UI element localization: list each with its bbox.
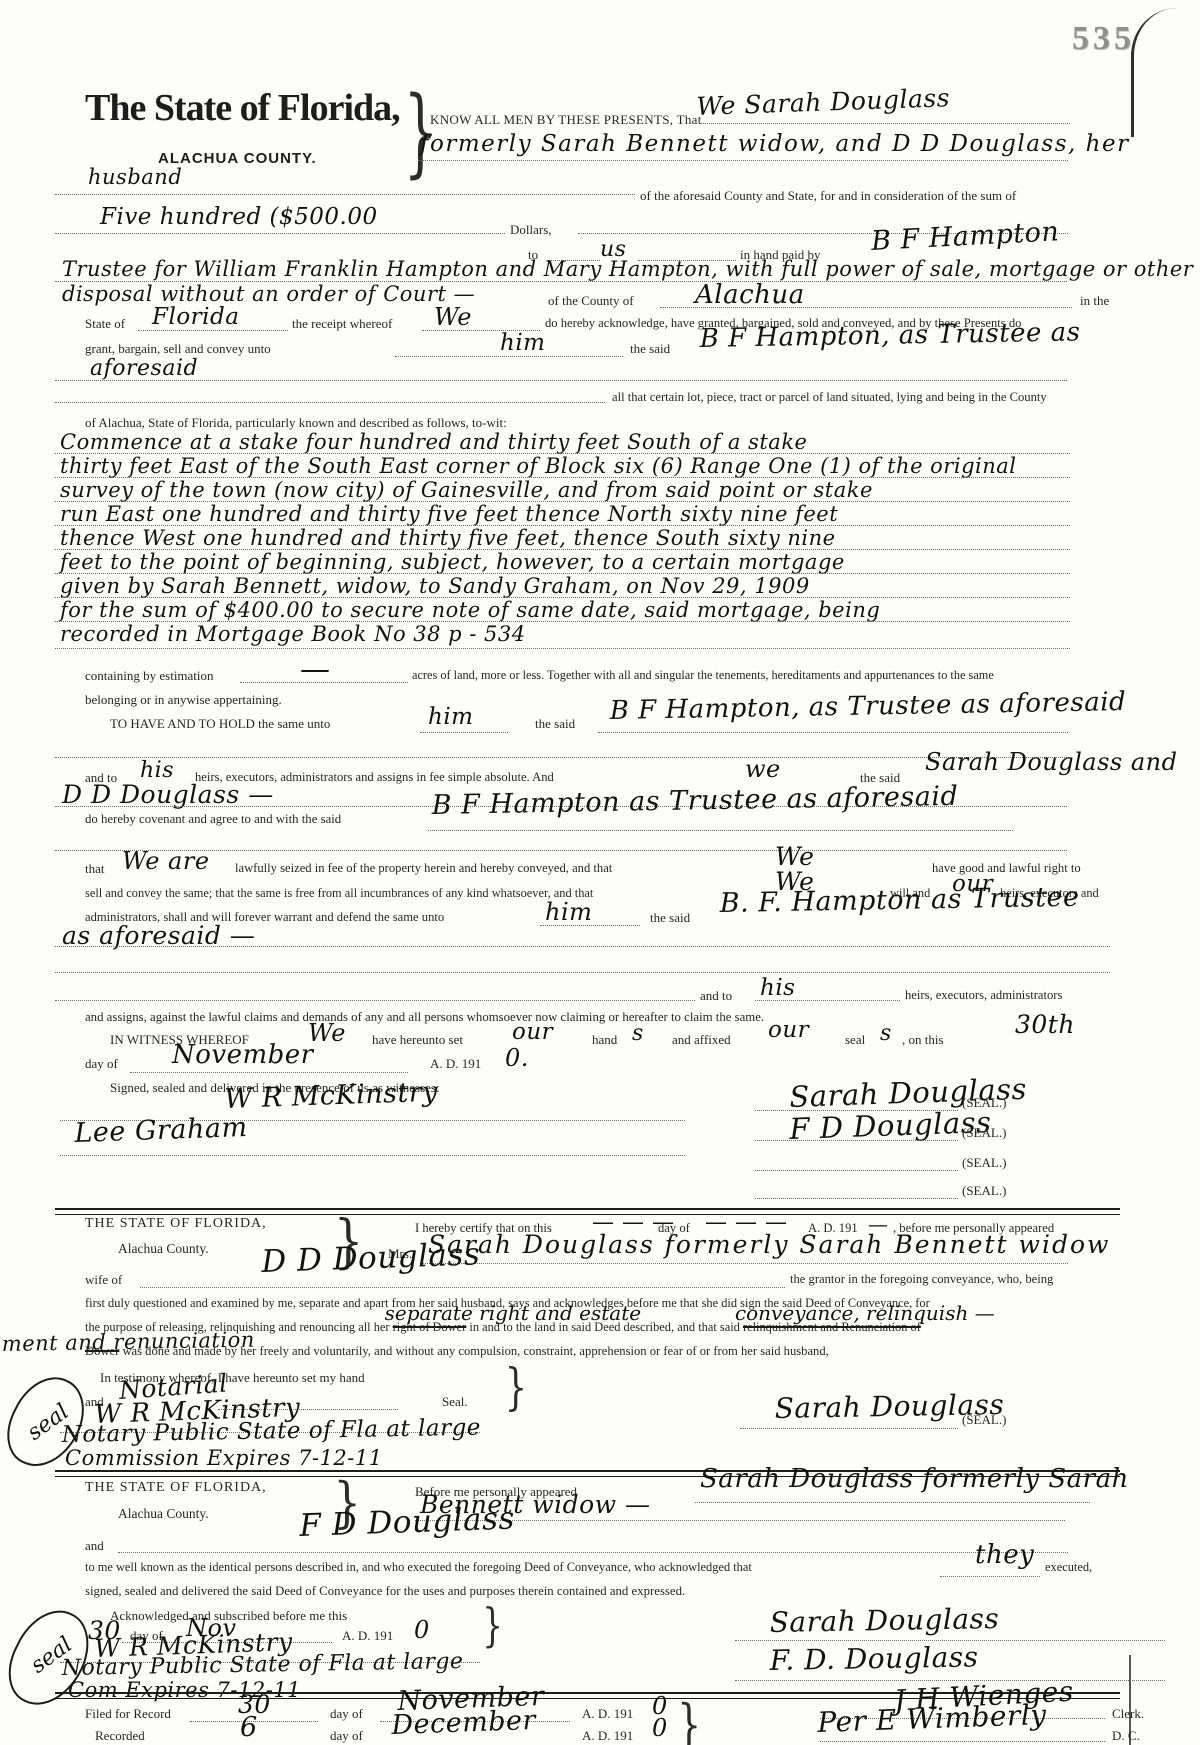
- ack2-and: and: [85, 1538, 104, 1554]
- hw-grantor-names-3: husband: [88, 165, 182, 189]
- page-edge-line-top: [1131, 52, 1134, 137]
- dotted-line: [540, 925, 640, 926]
- hw-his-2: his: [760, 975, 795, 1001]
- seal-label-4: (SEAL.): [962, 1183, 1006, 1199]
- covenant-text: do hereby covenant and agree to and with…: [85, 812, 341, 827]
- description-line: feet to the point of beginning, subject,…: [60, 550, 845, 574]
- dc-label: D. C.: [1112, 1728, 1140, 1744]
- hw-ack2-year: 0: [414, 1616, 430, 1644]
- hw-day-30th: 30th: [1015, 1010, 1075, 1039]
- clerk-label: Clerk.: [1112, 1706, 1144, 1722]
- recorded-day-of: day of: [330, 1728, 363, 1744]
- ack2-ad: A. D. 191: [342, 1628, 393, 1644]
- dotted-line: [395, 356, 623, 357]
- hand-label: hand: [592, 1032, 617, 1048]
- affixed-label: and affixed: [672, 1032, 731, 1048]
- hw-s-1: s: [632, 1021, 644, 1046]
- dotted-line: [130, 1072, 408, 1073]
- dotted-line: [138, 330, 288, 331]
- dollars-label: Dollars,: [510, 222, 552, 238]
- ack2-state: THE STATE OF FLORIDA,: [85, 1480, 267, 1496]
- hw-ack2-name-3: F D Douglass: [299, 1500, 516, 1544]
- hw-our-1: our: [512, 1019, 553, 1045]
- dotted-line: [700, 123, 1070, 124]
- hw-county: Alachua: [695, 280, 805, 310]
- hw-deputy-signature: Per E Wimberly: [817, 1698, 1047, 1739]
- filed-day-of: day of: [330, 1706, 363, 1722]
- hw-grantee: B F Hampton, as Trustee as: [699, 317, 1080, 354]
- on-this-label: , on this: [902, 1032, 944, 1048]
- grant-text: grant, bargain, sell and convey unto: [85, 341, 271, 357]
- dotted-line: [118, 1552, 1068, 1553]
- recorded-label: Recorded: [95, 1728, 145, 1744]
- hw-witness-1: W R McKinstry: [224, 1077, 439, 1115]
- deed-document-page: 535 The State of Florida, ALACHUA COUNTY…: [0, 0, 1200, 1745]
- hw-insert-separate-right: separate right and estate: [385, 1301, 641, 1325]
- ack1-seal-label: (SEAL.): [962, 1412, 1006, 1428]
- dotted-line: [755, 1170, 958, 1171]
- all-that-text: all that certain lot, piece, tract or pa…: [612, 390, 1047, 405]
- hw-insert-conveyance: conveyance, relinquish —: [735, 1301, 995, 1325]
- hw-grantee-aforesaid: aforesaid: [90, 356, 198, 381]
- description-line: thence West one hundred and thirty five …: [60, 526, 836, 550]
- dotted-line: [55, 972, 1110, 973]
- hw-we: We: [434, 303, 472, 331]
- hw-defend-grantee: B. F. Hampton as Trustee: [719, 882, 1079, 919]
- hw-ack2-name-1: Sarah Douglass formerly Sarah: [700, 1464, 1129, 1494]
- hw-month: November: [172, 1040, 314, 1070]
- section-divider-1: [55, 1208, 1120, 1215]
- hw-covenantee: B F Hampton as Trustee as aforesaid: [431, 781, 958, 821]
- dotted-line: [55, 194, 635, 195]
- description-line: recorded in Mortgage Book No 38 p - 534: [60, 622, 526, 646]
- ack2-date-brace: }: [482, 1602, 502, 1648]
- belonging-text: belonging or in anywise appertaining.: [85, 692, 282, 708]
- hw-notary-commission-1: Commission Expires 7-12-11: [65, 1446, 383, 1470]
- receipt-label: the receipt whereof: [292, 316, 392, 332]
- hw-recorded-day: 6: [240, 1712, 258, 1743]
- hw-grantors-names-2: D D Douglass —: [62, 780, 274, 809]
- hw-s-2: s: [880, 1021, 892, 1046]
- ack2-signed-text: signed, sealed and delivered the said De…: [85, 1584, 685, 1599]
- filed-label: Filed for Record: [85, 1706, 171, 1722]
- dotted-line: [420, 1263, 1068, 1264]
- ack2-known-text: to me well known as the identical person…: [85, 1560, 752, 1575]
- dotted-line: [55, 1000, 695, 1001]
- hw-trustee-line2: disposal without an order of Court —: [62, 282, 475, 306]
- hw-state: Florida: [152, 304, 239, 330]
- hw-we-2: we: [745, 755, 781, 783]
- hw-ack2-signature-2: F. D. Douglass: [769, 1640, 978, 1677]
- hw-grantor-names-2: formerly Sarah Bennett widow, and D D Do…: [420, 131, 1130, 157]
- hw-we-are: We are: [122, 847, 210, 875]
- record-brace: }: [677, 1698, 701, 1745]
- hw-payer: B F Hampton: [870, 216, 1060, 257]
- dotted-line: [755, 1140, 958, 1141]
- hw-grantor-names-1: We Sarah Douglass: [696, 83, 950, 121]
- hw-year: 0.: [505, 1044, 529, 1072]
- dotted-line: [60, 1155, 685, 1156]
- description-line: Commence at a stake four hundred and thi…: [60, 430, 807, 454]
- ack1-strike-relinquishment: relinquishment and Renunciation ofconvey…: [743, 1320, 921, 1334]
- hw-ack2-signature-1: Sarah Douglass: [769, 1602, 999, 1639]
- description-line: survey of the town (now city) of Gainesv…: [60, 478, 873, 502]
- ack1-seal-word: Seal.: [442, 1394, 468, 1410]
- dotted-line: [420, 732, 508, 733]
- in-the-label: in the: [1080, 293, 1109, 309]
- seal-label-2: (SEAL.): [962, 1125, 1006, 1141]
- aforesaid-text: of the aforesaid County and State, for a…: [640, 188, 1016, 204]
- ad-label: A. D. 191: [430, 1056, 481, 1072]
- of-county-label: of the County of: [548, 293, 634, 309]
- hw-our-2: our: [768, 1017, 809, 1043]
- dotted-line: [418, 160, 1068, 161]
- know-all-text: KNOW ALL MEN BY THESE PRESENTS, That: [430, 112, 702, 128]
- ack2-executed: executed,: [1045, 1560, 1092, 1575]
- hw-husband-name: D D Douglass: [261, 1236, 481, 1280]
- ack1-grantor-text: the grantor in the foregoing conveyance,…: [790, 1272, 1053, 1287]
- ack1-county: Alachua County.: [118, 1241, 209, 1257]
- and-to-label-2: and to: [700, 988, 732, 1004]
- claims-text: and assigns, against the lawful claims a…: [85, 1010, 764, 1025]
- dotted-line: [55, 380, 1067, 381]
- hw-grantors-names: Sarah Douglass and: [925, 748, 1178, 776]
- hw-recorded-month: December: [391, 1705, 536, 1741]
- to-have-text: TO HAVE AND TO HOLD the same unto: [110, 716, 330, 732]
- ack1-state: THE STATE OF FLORIDA,: [85, 1216, 267, 1232]
- hw-him-3: him: [545, 898, 592, 926]
- seal-label-3: (SEAL.): [962, 1155, 1006, 1171]
- dotted-line: [55, 946, 1110, 947]
- dotted-line: [240, 682, 408, 683]
- state-title: The State of Florida,: [85, 86, 400, 130]
- dotted-line: [55, 402, 605, 403]
- dotted-line: [755, 1198, 958, 1199]
- the-said-label: the said: [630, 341, 670, 357]
- hw-appeared-name: Sarah Douglass formerly Sarah Bennett wi…: [428, 1230, 1110, 1259]
- dotted-line: [55, 233, 505, 234]
- day-of-label: day of: [85, 1056, 118, 1072]
- ack2-county: Alachua County.: [118, 1506, 209, 1522]
- hw-amount: Five hundred ($500.00: [100, 204, 378, 230]
- containing-post-text: acres of land, more or less. Together wi…: [412, 668, 994, 683]
- state-of-label: State of: [85, 316, 125, 332]
- page-corner-curve: [1131, 8, 1182, 56]
- description-line: thirty feet East of the South East corne…: [60, 454, 1017, 478]
- dotted-line: [940, 1576, 1040, 1577]
- containing-label: containing by estimation: [85, 668, 214, 684]
- hw-recorded-year: 0: [652, 1714, 668, 1742]
- filed-ad: A. D. 191: [582, 1706, 633, 1722]
- hw-trustee-line1: Trustee for William Franklin Hampton and…: [62, 257, 1193, 281]
- dotted-line: [740, 1428, 958, 1429]
- recorded-ad: A. D. 191: [582, 1728, 633, 1744]
- dotted-line: [695, 1502, 1090, 1503]
- hw-him-2: him: [428, 704, 473, 730]
- set-label: have hereunto set: [372, 1032, 463, 1048]
- sell-text: sell and convey the same; that the same …: [85, 886, 593, 901]
- ack1-wife-of: wife of: [85, 1272, 122, 1288]
- the-said-label-2: the said: [535, 716, 575, 732]
- seized-text: lawfully seized in fee of the property h…: [235, 861, 612, 876]
- seal-label-word: seal: [845, 1032, 865, 1048]
- dotted-line: [820, 1741, 1105, 1742]
- dotted-line: [660, 307, 1072, 308]
- heirs-text-3: heirs, executors, administrators: [905, 988, 1062, 1003]
- dotted-line: [428, 830, 1013, 831]
- ack1-para3: Dower was done and made by her freely an…: [85, 1344, 829, 1359]
- hw-him: him: [500, 330, 545, 356]
- dotted-line: [140, 1287, 785, 1288]
- hw-seal-word-2: seal: [26, 1632, 77, 1678]
- description-line: run East one hundred and thirty five fee…: [60, 502, 838, 526]
- dotted-line: [598, 732, 1068, 733]
- the-said-label-4: the said: [650, 910, 690, 926]
- ack1-strike-dower: right of Dowerseparate right and estate: [393, 1320, 467, 1334]
- dotted-line: [755, 1000, 900, 1001]
- hw-grantee-2: B F Hampton, as Trustee as aforesaid: [609, 687, 1126, 726]
- hw-they: they: [975, 1540, 1034, 1570]
- dotted-line: [55, 648, 1070, 649]
- hw-witness-2: Lee Graham: [74, 1112, 248, 1149]
- to-wit-text: of Alachua, State of Florida, particular…: [85, 415, 507, 431]
- description-line: given by Sarah Bennett, widow, to Sandy …: [60, 574, 810, 598]
- that-label: that: [85, 861, 105, 877]
- ack1-para3-text: was done and made by her freely and volu…: [122, 1344, 828, 1358]
- ack1-strike-dower-2: Dower: [85, 1344, 119, 1358]
- ack1-seal-brace: }: [505, 1362, 527, 1412]
- description-line: for the sum of $400.00 to secure note of…: [60, 598, 880, 622]
- dotted-line: [55, 757, 1067, 758]
- page-number: 535: [1072, 20, 1135, 58]
- hw-seal-word-1: seal: [23, 1399, 74, 1445]
